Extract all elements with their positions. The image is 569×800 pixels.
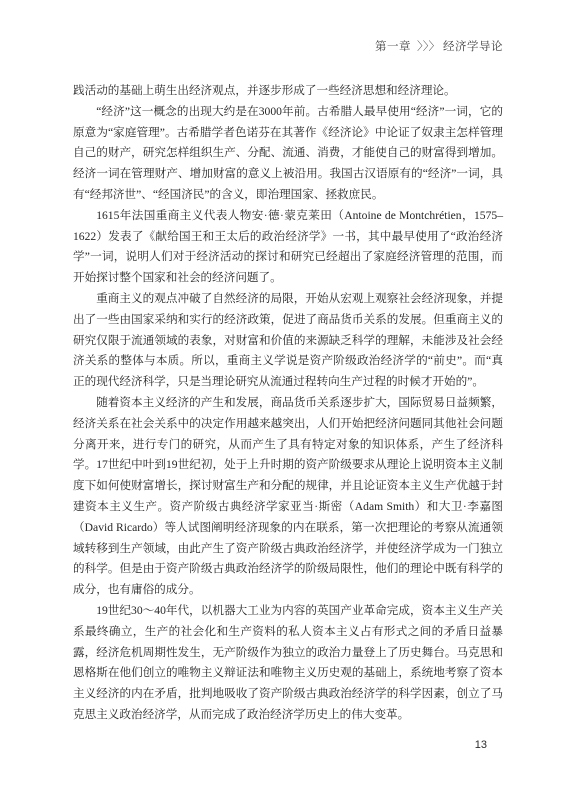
page-number: 13 [475, 739, 487, 751]
book-page: 第一章〉〉〉经济学导论 践活动的基础上萌生出经济观点，并逐步形成了一些经济思想和… [0, 0, 569, 800]
paragraph: 1615年法国重商主义代表人物安·德·蒙克莱田（Antoine de Montc… [73, 206, 503, 289]
paragraph: 践活动的基础上萌生出经济观点，并逐步形成了一些经济思想和经济理论。 [73, 81, 503, 102]
paragraph: 重商主义的观点冲破了自然经济的局限，开始从宏观上观察社会经济现象，并提出了一些由… [73, 289, 503, 393]
chapter-label: 第一章 [375, 41, 411, 53]
paragraph: 19世纪30～40年代，以机器大工业为内容的英国产业革命完成，资本主义生产关系最… [73, 601, 503, 726]
page-header: 第一章〉〉〉经济学导论 [375, 41, 503, 54]
paragraph: “经济”这一概念的出现大约是在3000年前。古希腊人最早使用“经济”一词，它的原… [73, 102, 503, 206]
chapter-title: 经济学导论 [443, 41, 503, 53]
chevrons-icon: 〉〉〉 [417, 41, 440, 53]
paragraph: 随着资本主义经济的产生和发展，商品货币关系逐步扩大，国际贸易日益频繁，经济关系在… [73, 393, 503, 601]
body-text: 践活动的基础上萌生出经济观点，并逐步形成了一些经济思想和经济理论。“经济”这一概… [73, 81, 503, 726]
